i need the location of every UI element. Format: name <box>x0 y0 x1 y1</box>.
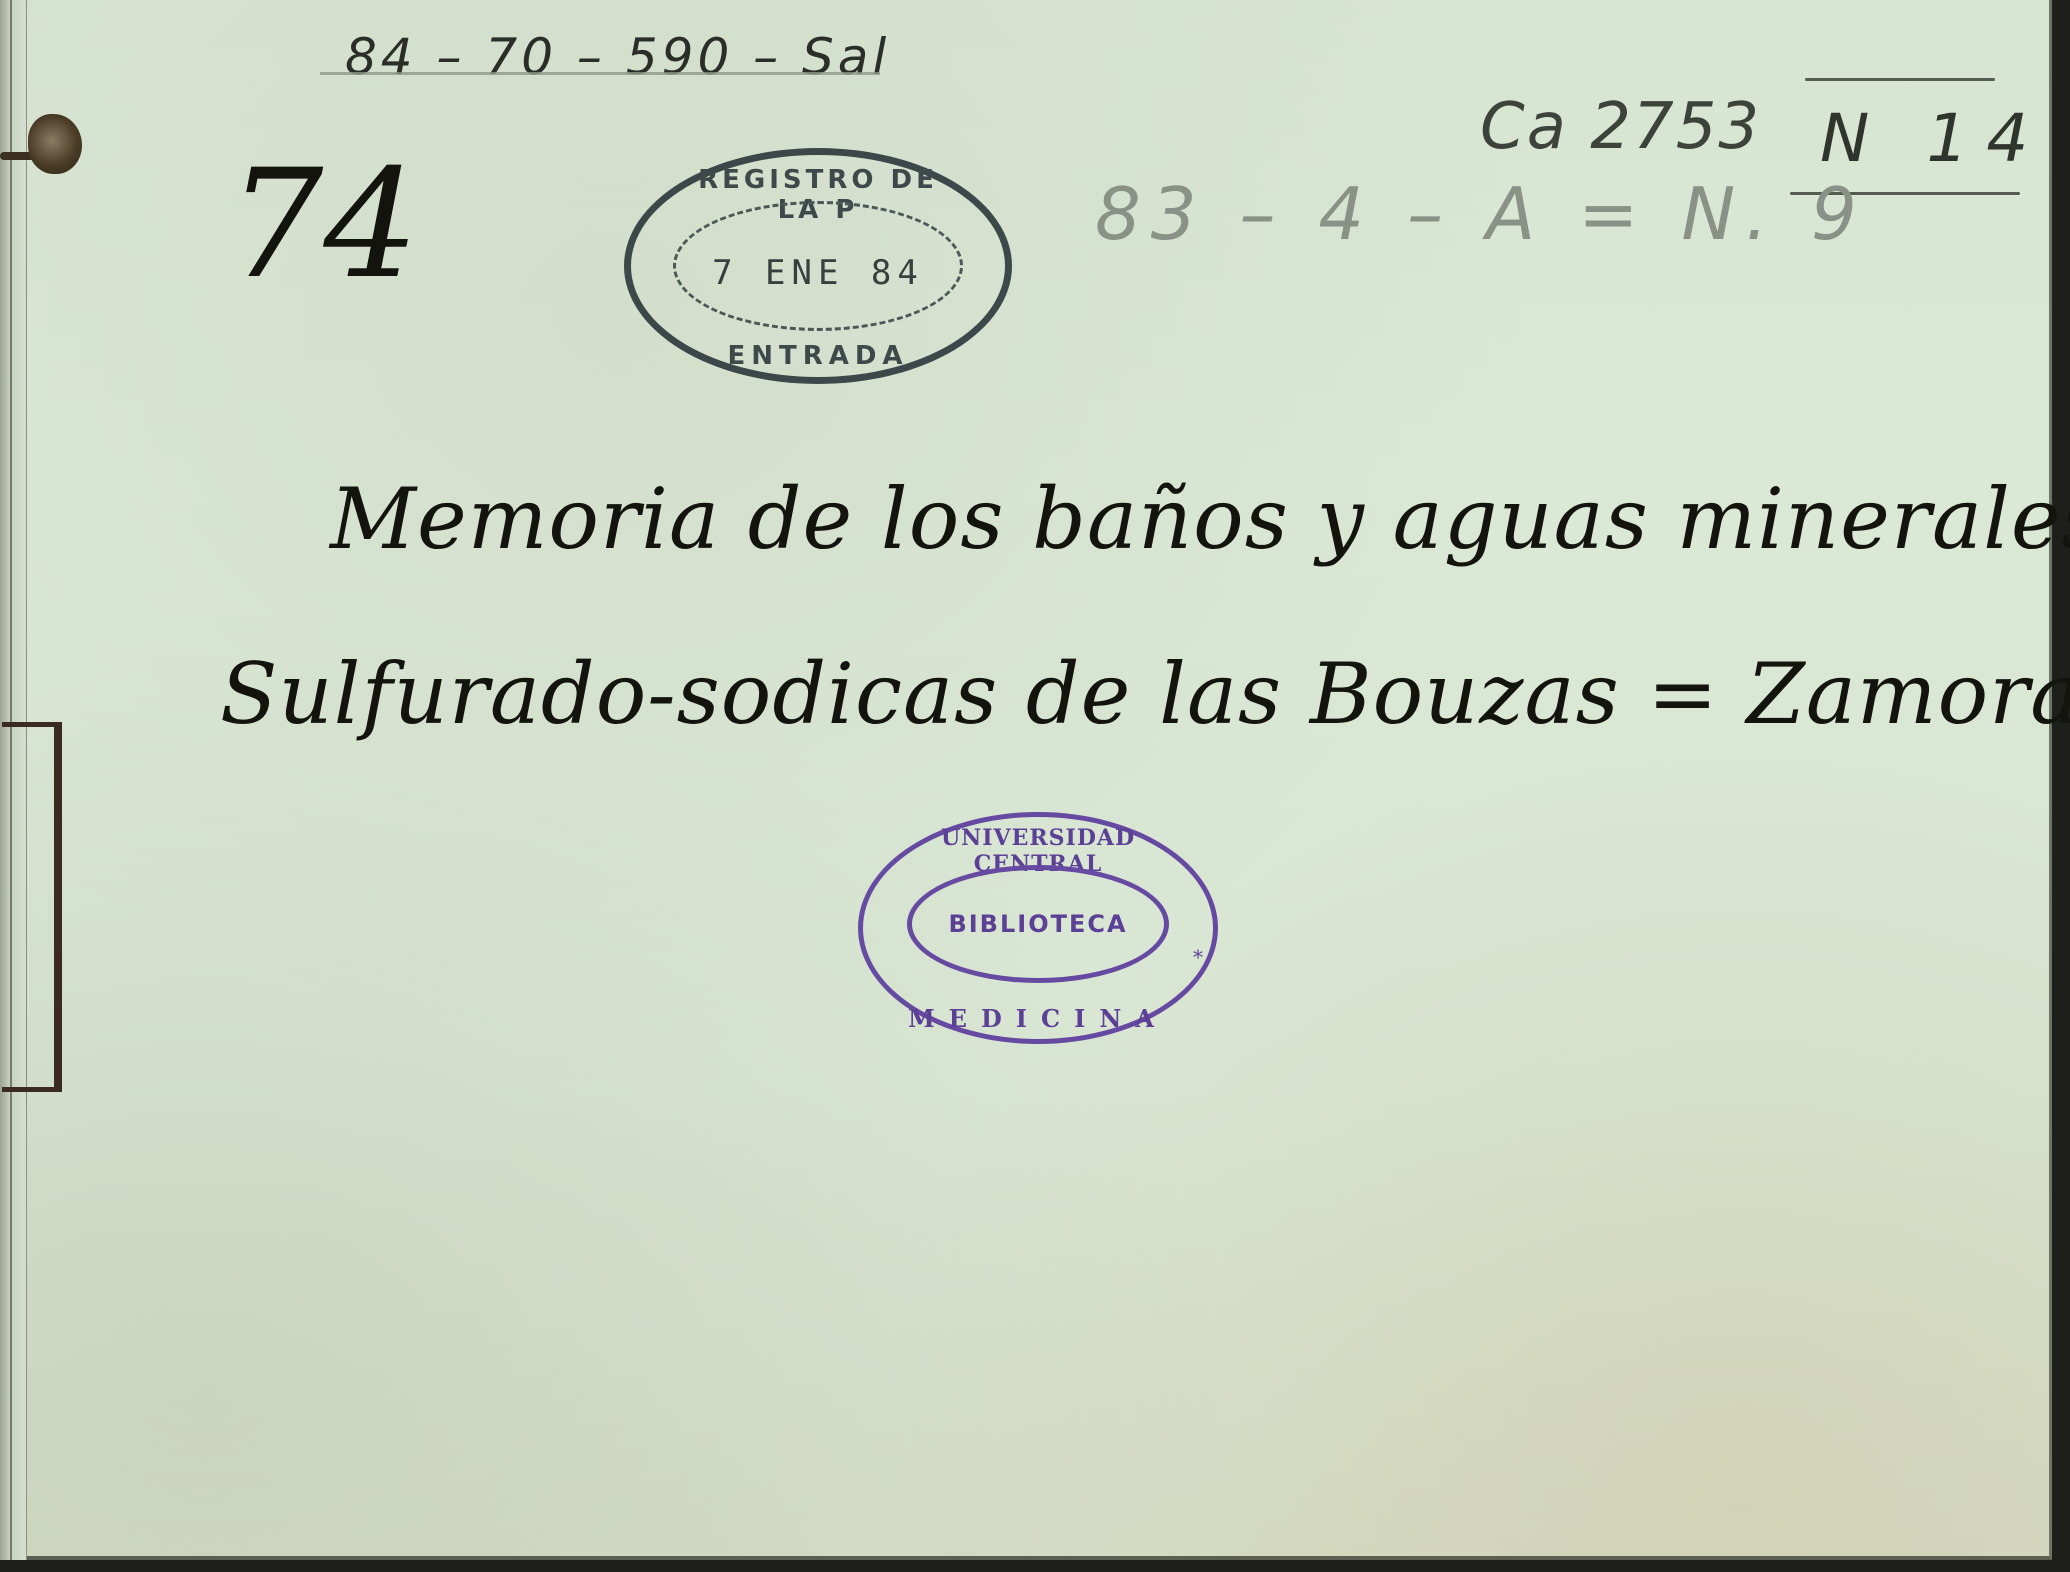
binding-knot-icon <box>28 114 82 174</box>
registry-stamp-date: 7 ENE 84 <box>631 253 1005 293</box>
library-stamp-arc-bottom: MEDICINA <box>903 1004 1173 1033</box>
registry-stamp: REGISTRO DE LA P 7 ENE 84 ENTRADA <box>624 148 1012 384</box>
title-line-2: Sulfurado-sodicas de las Bouzas = Zamora… <box>220 645 2070 743</box>
library-stamp-center: BIBLIOTECA <box>863 910 1213 938</box>
catalog-reference: Ca 2753 <box>1480 90 1761 164</box>
library-stamp: UNIVERSIDAD CENTRAL BIBLIOTECA MEDICINA … <box>858 812 1218 1044</box>
star-icon: * <box>1193 945 1203 969</box>
folio-number: 74 <box>228 150 419 300</box>
strikethrough-line <box>320 72 880 75</box>
pencil-signature: 83 – 4 – A = N. 9 <box>1095 172 1867 256</box>
box-number-top-rule <box>1805 78 1995 81</box>
registry-stamp-arc-bottom: ENTRADA <box>691 341 945 371</box>
manuscript-cover: 84 – 70 – 590 – Sal 74 Ca 2753 N 14 83 –… <box>0 0 2052 1560</box>
binding-strap <box>2 722 62 1092</box>
struck-top-annotation: 84 – 70 – 590 – Sal <box>345 28 890 86</box>
box-number: N 14 <box>1820 100 2046 177</box>
title-line-1: Memoria de los baños y aguas minerales <box>330 470 2070 568</box>
